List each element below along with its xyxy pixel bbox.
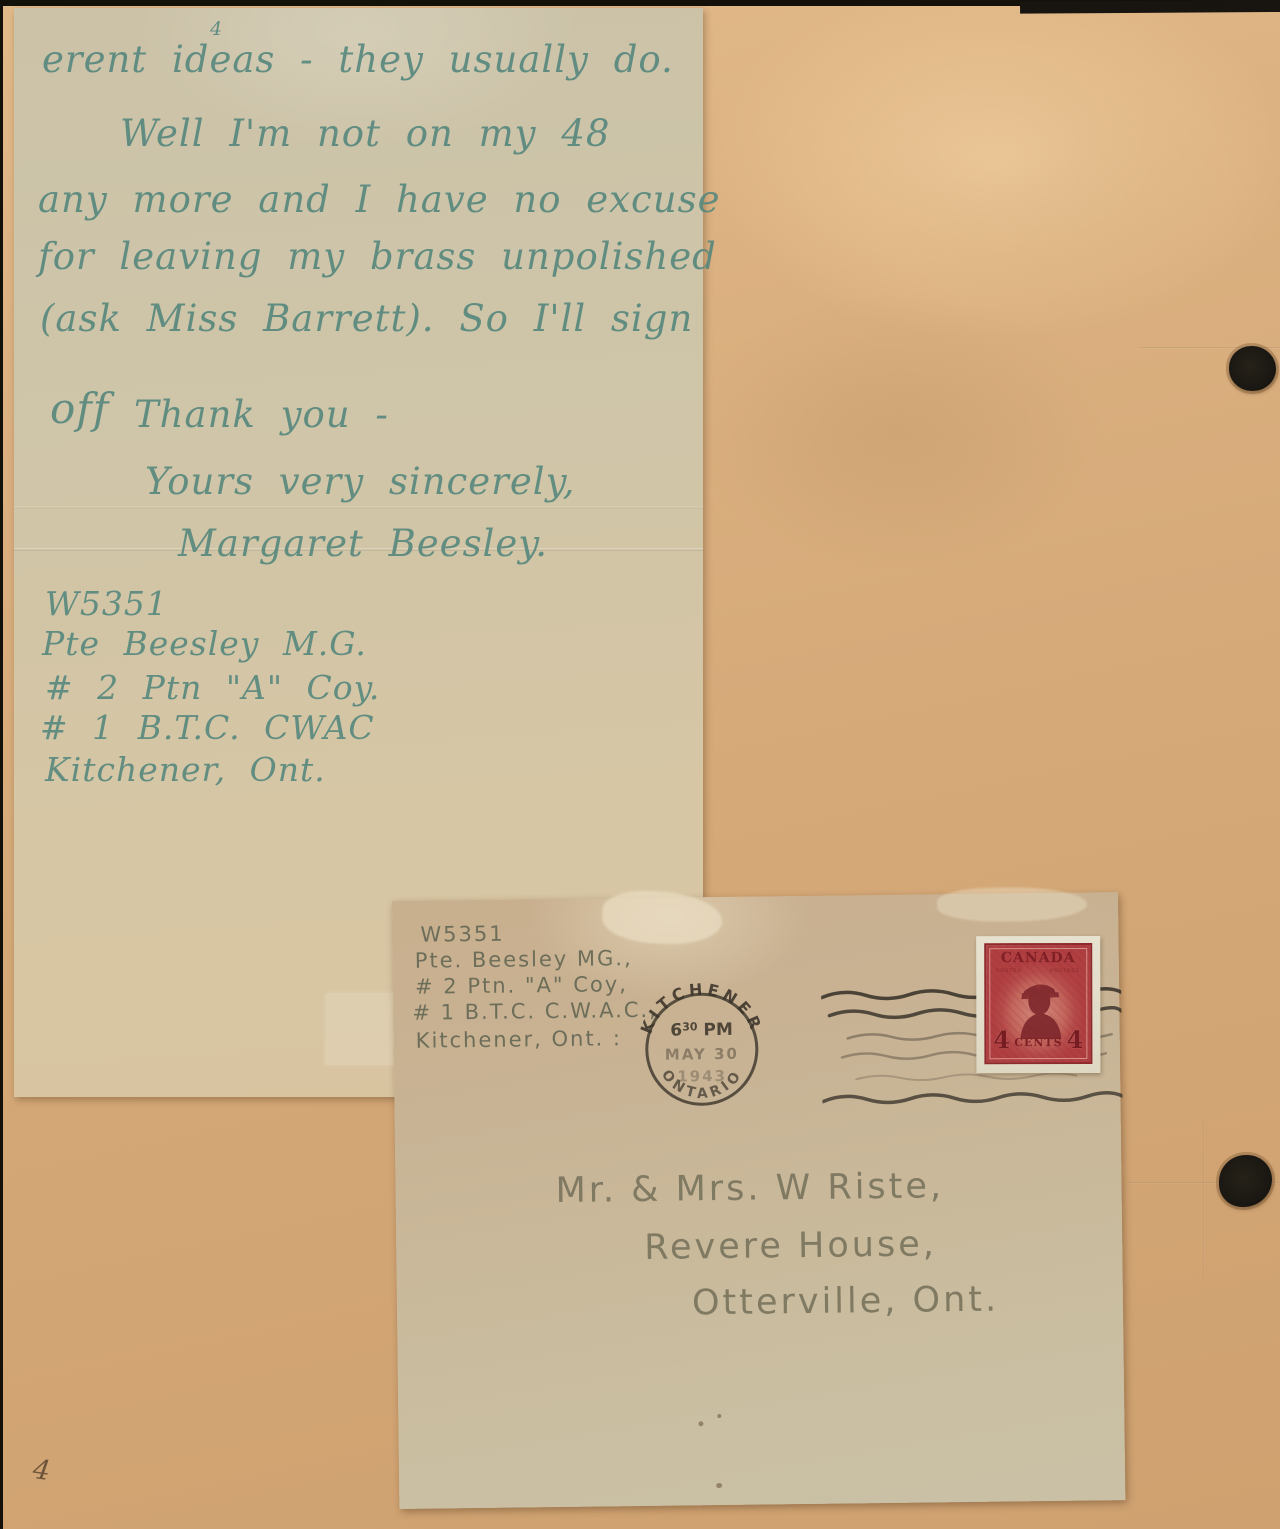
stain-speck	[698, 1421, 703, 1426]
return-address-line: Pte. Beesley MG.,	[415, 946, 633, 973]
photo-edge-shadow	[1020, 0, 1280, 14]
addressee-city-line: Otterville, Ont.	[692, 1280, 1000, 1324]
postmark-stamp: KITCHENER ONTARIO 630 PM MAY 30 1943	[621, 968, 783, 1130]
stain-speck	[717, 1414, 721, 1418]
king-george-portrait	[1002, 975, 1074, 1039]
stamp-denomination-left: 4	[993, 1025, 1010, 1054]
stamp-country-label: CANADA	[986, 950, 1090, 966]
letter-service-number: W5351	[45, 584, 168, 623]
scrapbook-photo: 4 4 erent ideas - they usually do. Well …	[0, 0, 1280, 1529]
stamp-cents-label: CENTS	[1014, 1036, 1062, 1049]
addressee-house-line: Revere House,	[644, 1224, 937, 1268]
letter-line: for leaving my brass unpolished	[38, 235, 717, 278]
postage-stamp: CANADA POSTES POSTAGE 4 CENTS 4	[976, 936, 1100, 1073]
letter-line: any more and I have no excuse	[38, 178, 721, 221]
stamp-postes-label: POSTES	[996, 968, 1022, 974]
tape-patch	[325, 993, 403, 1065]
letter-line: Well I'm not on my 48	[120, 112, 610, 155]
binder-hole-top	[1229, 346, 1276, 391]
torn-paper-patch	[937, 887, 1087, 923]
addressee-name-line: Mr. & Mrs. W Riste,	[555, 1166, 944, 1211]
letter-address-line: # 2 Ptn "A" Coy.	[45, 668, 380, 707]
stain-speck	[716, 1483, 722, 1488]
letter-fold-crease	[14, 506, 703, 509]
letter-address-line: # 1 B.T.C. CWAC	[40, 708, 375, 747]
torn-paper-patch	[601, 888, 724, 947]
stamp-postage-label: POSTAGE	[1050, 968, 1080, 974]
postmark-time: 630 PM	[670, 1020, 733, 1041]
letter-line: Thank you -	[134, 393, 389, 436]
letter-sign-off: off	[50, 384, 109, 433]
return-address-line: # 2 Ptn. "A" Coy,	[415, 972, 628, 999]
stamp-denomination-right: 4	[1067, 1025, 1084, 1054]
letter-line: erent ideas - they usually do.	[42, 38, 674, 81]
page-crease	[1203, 1121, 1205, 1281]
postmark-date: MAY 30	[665, 1045, 739, 1064]
letter-closing: Yours very sincerely,	[145, 460, 575, 503]
return-address-line: Kitchener, Ont. :	[416, 1026, 623, 1053]
envelope: W5351 Pte. Beesley MG., # 2 Ptn. "A" Coy…	[392, 892, 1125, 1509]
postmark-year: 1943	[677, 1067, 727, 1086]
return-service-number: W5351	[420, 922, 505, 947]
letter-address-line: Kitchener, Ont.	[45, 750, 326, 789]
letter-page-superscript: 4	[210, 18, 222, 40]
letter-signature: Margaret Beesley.	[178, 522, 548, 565]
letter-address-line: Pte Beesley M.G.	[42, 624, 367, 663]
stamp-design: CANADA POSTES POSTAGE 4 CENTS 4	[984, 943, 1092, 1064]
letter-line: (ask Miss Barrett). So I'll sign	[40, 297, 693, 340]
